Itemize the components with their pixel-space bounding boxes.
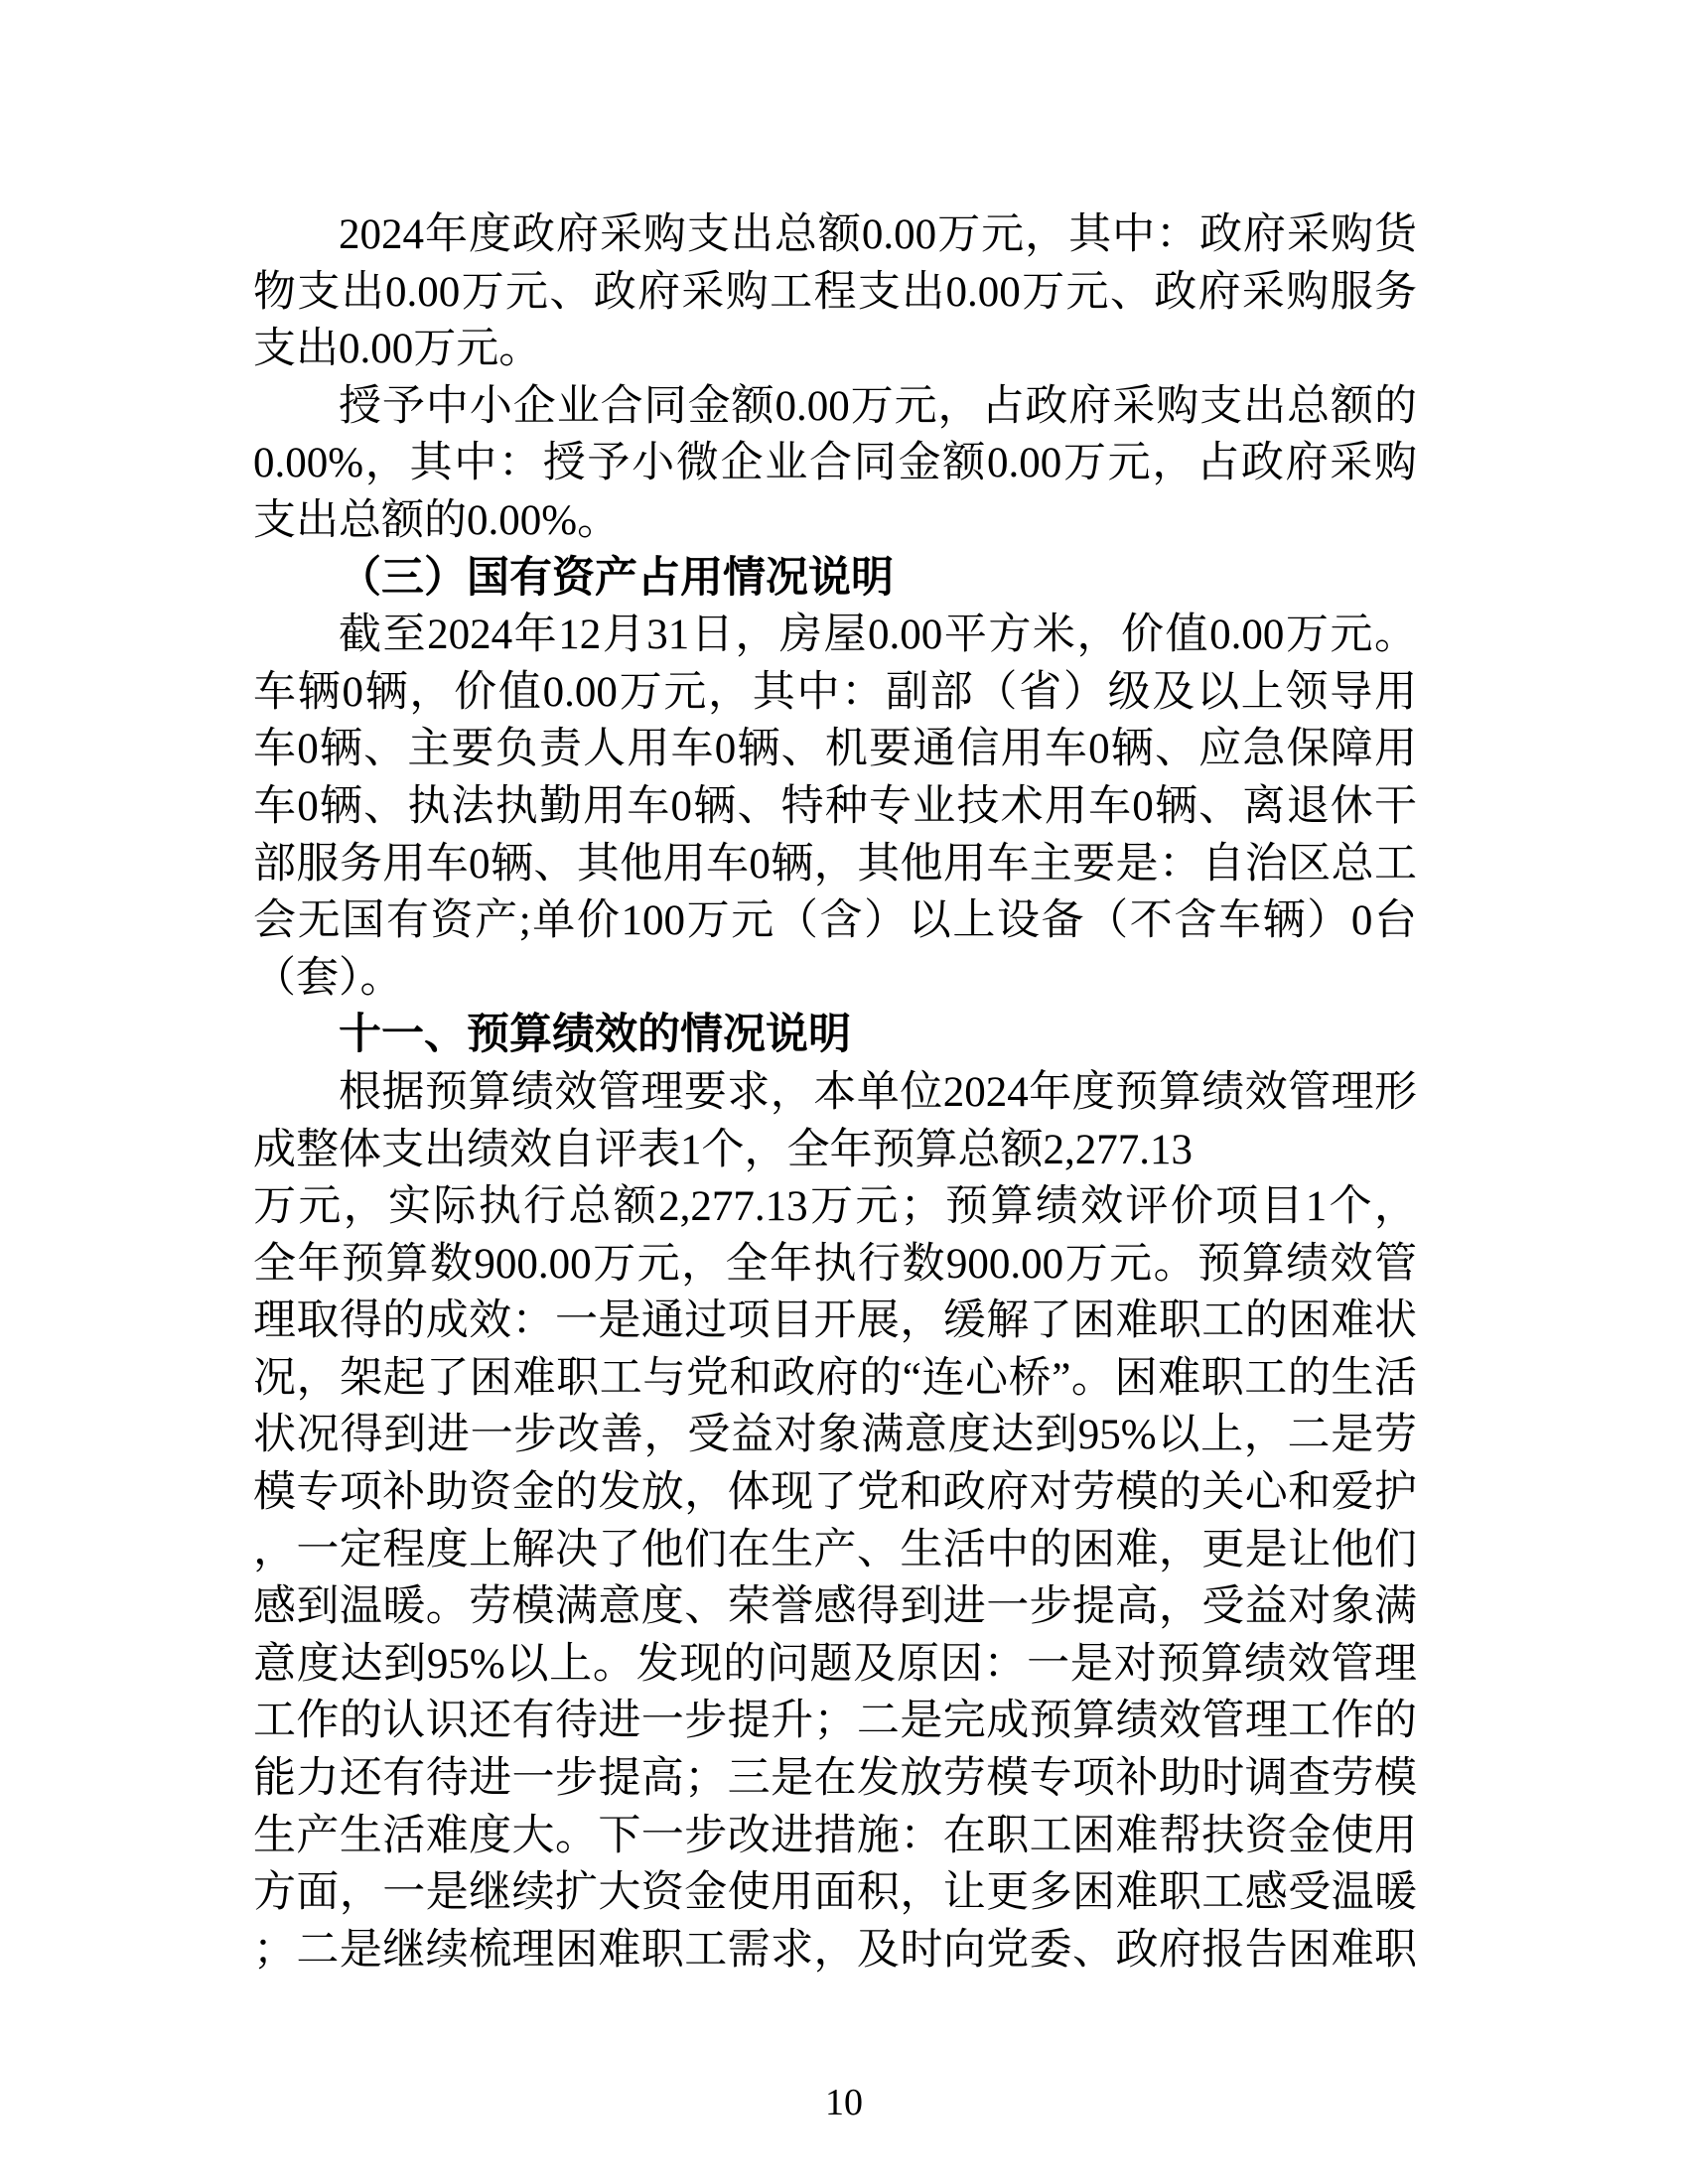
document-line: 会无国有资产;单价100万元（含）以上设备（不含车辆）0台 — [253, 892, 1417, 950]
document-line: 物支出0.00万元、政府采购工程支出0.00万元、政府采购服务 — [253, 264, 1417, 322]
document-line: 成整体支出绩效自评表1个，全年预算总额2,277.13 — [253, 1122, 1417, 1179]
document-line: 车0辆、主要负责人用车0辆、机要通信用车0辆、应急保障用 — [253, 721, 1417, 778]
document-line: 状况得到进一步改善，受益对象满意度达到95%以上，二是劳 — [253, 1407, 1417, 1464]
document-line: ；二是继续梳理困难职工需求，及时向党委、政府报告困难职 — [253, 1922, 1417, 1979]
document-line: 感到温暖。劳模满意度、荣誉感得到进一步提高，受益对象满 — [253, 1578, 1417, 1636]
document-line: 0.00%，其中：授予小微企业合同金额0.00万元，占政府采购 — [253, 435, 1417, 492]
page-footer: 10 — [0, 2081, 1688, 2124]
document-line: （套）。 — [253, 950, 1417, 1008]
document-line: 全年预算数900.00万元，全年执行数900.00万元。预算绩效管 — [253, 1236, 1417, 1294]
document-line: 生产生活难度大。下一步改进措施：在职工困难帮扶资金使用 — [253, 1808, 1417, 1865]
document-line: 理取得的成效：一是通过项目开展，缓解了困难职工的困难状 — [253, 1293, 1417, 1350]
document-line: 模专项补助资金的发放，体现了党和政府对劳模的关心和爱护 — [253, 1464, 1417, 1522]
document-line: 授予中小企业合同金额0.00万元，占政府采购支出总额的 — [253, 378, 1417, 436]
document-line: 支出总额的0.00%。 — [253, 492, 1417, 550]
document-line: 十一、预算绩效的情况说明 — [253, 1007, 1417, 1064]
document-line: 支出0.00万元。 — [253, 321, 1417, 378]
document-page: 2024年度政府采购支出总额0.00万元，其中：政府采购货物支出0.00万元、政… — [0, 0, 1688, 2184]
document-line: 意度达到95%以上。发现的问题及原因：一是对预算绩效管理 — [253, 1636, 1417, 1694]
document-line: 方面，一是继续扩大资金使用面积，让更多困难职工感受温暖 — [253, 1864, 1417, 1922]
document-line: ，一定程度上解决了他们在生产、生活中的困难，更是让他们 — [253, 1522, 1417, 1579]
document-line: 工作的认识还有待进一步提升；二是完成预算绩效管理工作的 — [253, 1693, 1417, 1750]
document-line: 根据预算绩效管理要求，本单位2024年度预算绩效管理形 — [253, 1064, 1417, 1122]
document-line: 车辆0辆，价值0.00万元，其中：副部（省）级及以上领导用 — [253, 664, 1417, 722]
document-line: 能力还有待进一步提高；三是在发放劳模专项补助时调查劳模 — [253, 1750, 1417, 1808]
document-line: 2024年度政府采购支出总额0.00万元，其中：政府采购货 — [253, 206, 1417, 264]
page-number: 10 — [825, 2082, 863, 2123]
document-line: 部服务用车0辆、其他用车0辆，其他用车主要是：自治区总工 — [253, 836, 1417, 893]
document-line: 况，架起了困难职工与党和政府的“连心桥”。困难职工的生活 — [253, 1350, 1417, 1408]
document-line: 车0辆、执法执勤用车0辆、特种专业技术用车0辆、离退休干 — [253, 778, 1417, 836]
document-line: 万元，实际执行总额2,277.13万元；预算绩效评价项目1个， — [253, 1178, 1417, 1236]
document-body: 2024年度政府采购支出总额0.00万元，其中：政府采购货物支出0.00万元、政… — [253, 206, 1417, 1979]
document-line: （三）国有资产占用情况说明 — [253, 550, 1417, 608]
document-line: 截至2024年12月31日，房屋0.00平方米，价值0.00万元。 — [253, 607, 1417, 664]
